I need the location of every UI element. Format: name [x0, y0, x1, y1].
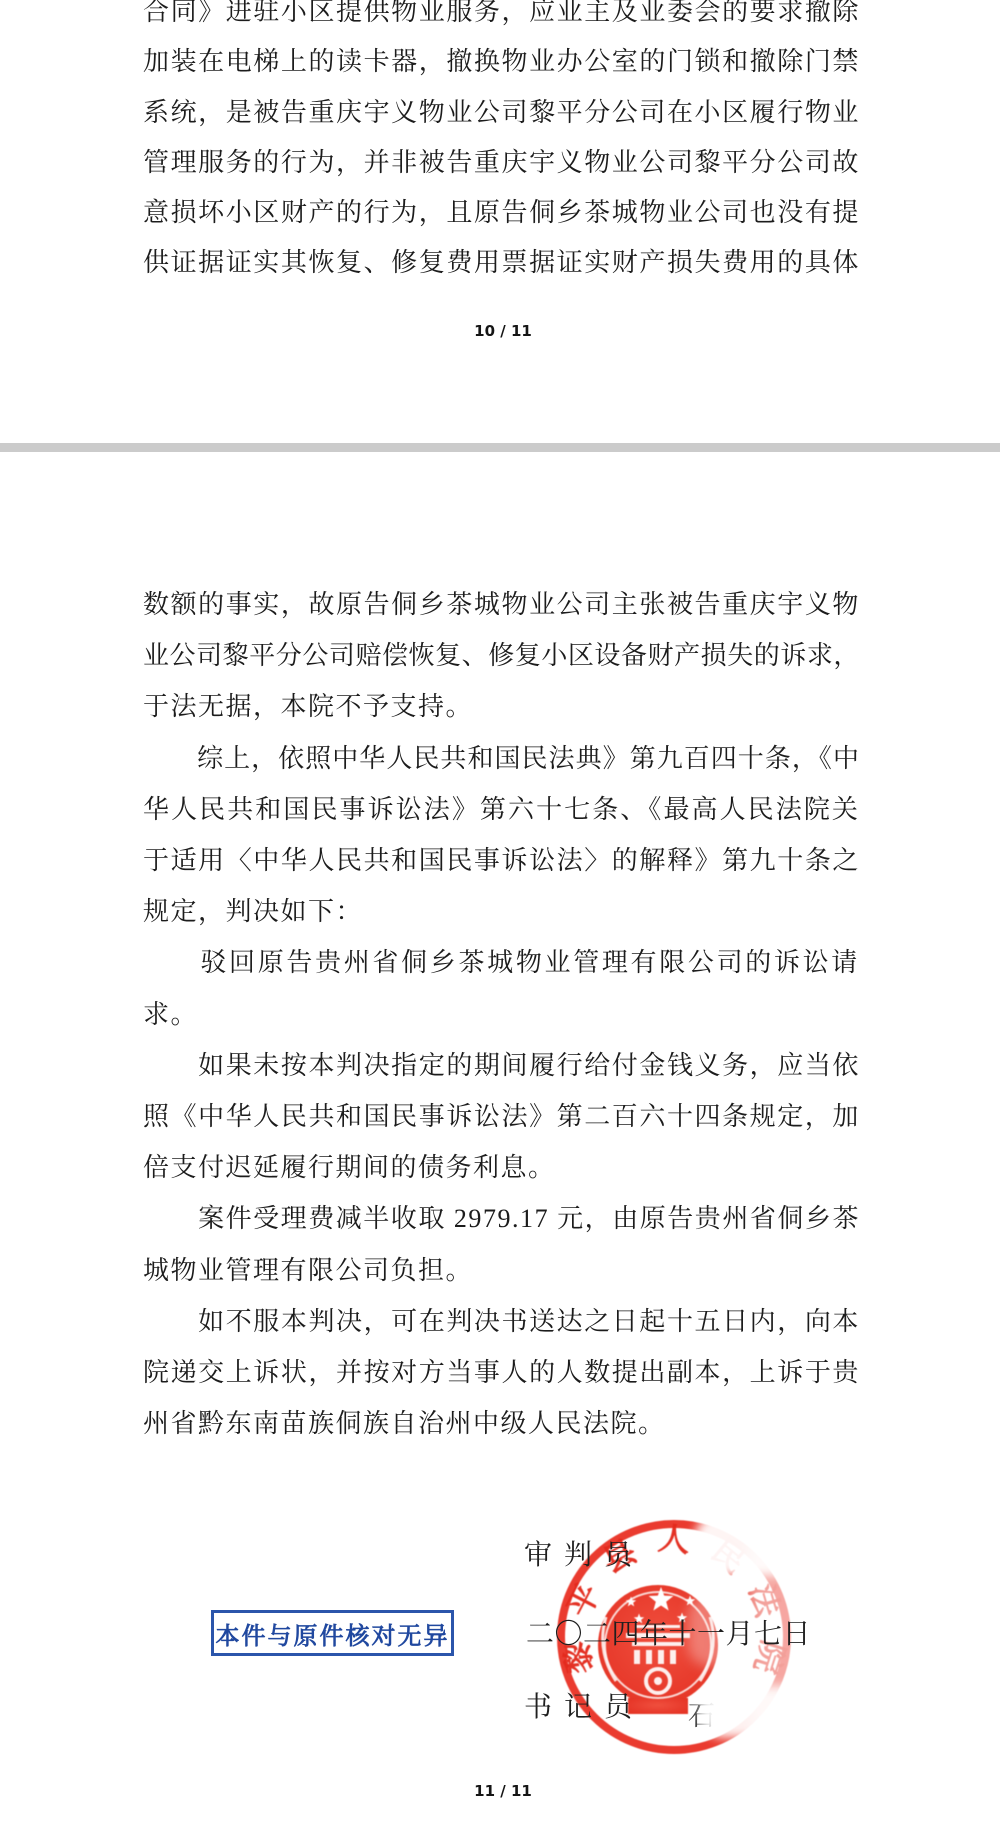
- verification-stamp: 本件与原件核对无异: [211, 1610, 454, 1656]
- text-line: 照《中华人民共和国民事诉讼法》第二百六十四条规定，加: [143, 1091, 860, 1142]
- text-line: 规定，判决如下：: [143, 886, 860, 937]
- text-line: 业公司黎平分公司赔偿恢复、修复小区设备财产损失的诉求，: [143, 630, 860, 681]
- text-line: 如不服本判决，可在判决书送达之日起十五日内，向本: [143, 1296, 860, 1347]
- text-line: 于法无据，本院不予支持。: [143, 681, 860, 732]
- text-line: 州省黔东南苗族侗族自治州中级人民法院。: [143, 1398, 860, 1449]
- text-line: 数额的事实，故原告侗乡茶城物业公司主张被告重庆宇义物: [143, 579, 860, 630]
- verification-stamp-text: 本件与原件核对无异: [216, 1616, 450, 1651]
- text-line: 意损坏小区财产的行为，且原告侗乡茶城物业公司也没有提: [143, 188, 860, 238]
- judge-label: 审判员: [524, 1538, 644, 1574]
- text-line: 供证据证实其恢复、修复费用票据证实财产损失费用的具体: [143, 238, 860, 288]
- text-line: 华人民共和国民事诉讼法》第六十七条、《最高人民法院关: [143, 784, 860, 835]
- page-number-11: 11 / 11: [0, 1782, 1000, 1800]
- page11-text-block: 数额的事实，故原告侗乡茶城物业公司主张被告重庆宇义物 业公司黎平分公司赔偿恢复、…: [143, 579, 860, 1449]
- text-line: 如果未按本判决指定的期间履行给付金钱义务，应当依: [143, 1040, 860, 1091]
- page-divider: [0, 443, 1000, 452]
- text-line: 于适用〈中华人民共和国民事诉讼法〉的解释》第九十条之: [143, 835, 860, 886]
- text-line: 加装在电梯上的读卡器，撤换物业办公室的门锁和撤除门禁: [143, 37, 860, 87]
- text-line: 倍支付迟延履行期间的债务利息。: [143, 1142, 860, 1193]
- text-line: 城物业管理有限公司负担。: [143, 1245, 860, 1296]
- page10-text-block: 合同》进驻小区提供物业服务，应业主及业委会的要求撤除 加装在电梯上的读卡器，撤换…: [143, 0, 860, 289]
- text-line: 综上，依照中华人民共和国民法典》第九百四十条，《中: [143, 733, 860, 784]
- text-line: 驳回原告贵州省侗乡茶城物业管理有限公司的诉讼请: [143, 937, 860, 988]
- judgment-document-page: 合同》进驻小区提供物业服务，应业主及业委会的要求撤除 加装在电梯上的读卡器，撤换…: [0, 0, 1000, 1829]
- page-number-10: 10 / 11: [0, 322, 1000, 340]
- text-line: 管理服务的行为，并非被告重庆宇义物业公司黎平分公司故: [143, 138, 860, 188]
- clerk-label: 书记员: [524, 1690, 644, 1726]
- text-line: 案件受理费减半收取 2979.17 元，由原告贵州省侗乡茶: [143, 1193, 860, 1244]
- text-line: 院递交上诉状，并按对方当事人的人数提出副本，上诉于贵: [143, 1347, 860, 1398]
- judgment-date: 二〇二四年十一月七日: [526, 1617, 811, 1653]
- text-line: 求。: [143, 989, 860, 1040]
- text-line: 系统，是被告重庆宇义物业公司黎平分公司在小区履行物业: [143, 88, 860, 138]
- text-line: 合同》进驻小区提供物业服务，应业主及业委会的要求撤除: [143, 0, 860, 37]
